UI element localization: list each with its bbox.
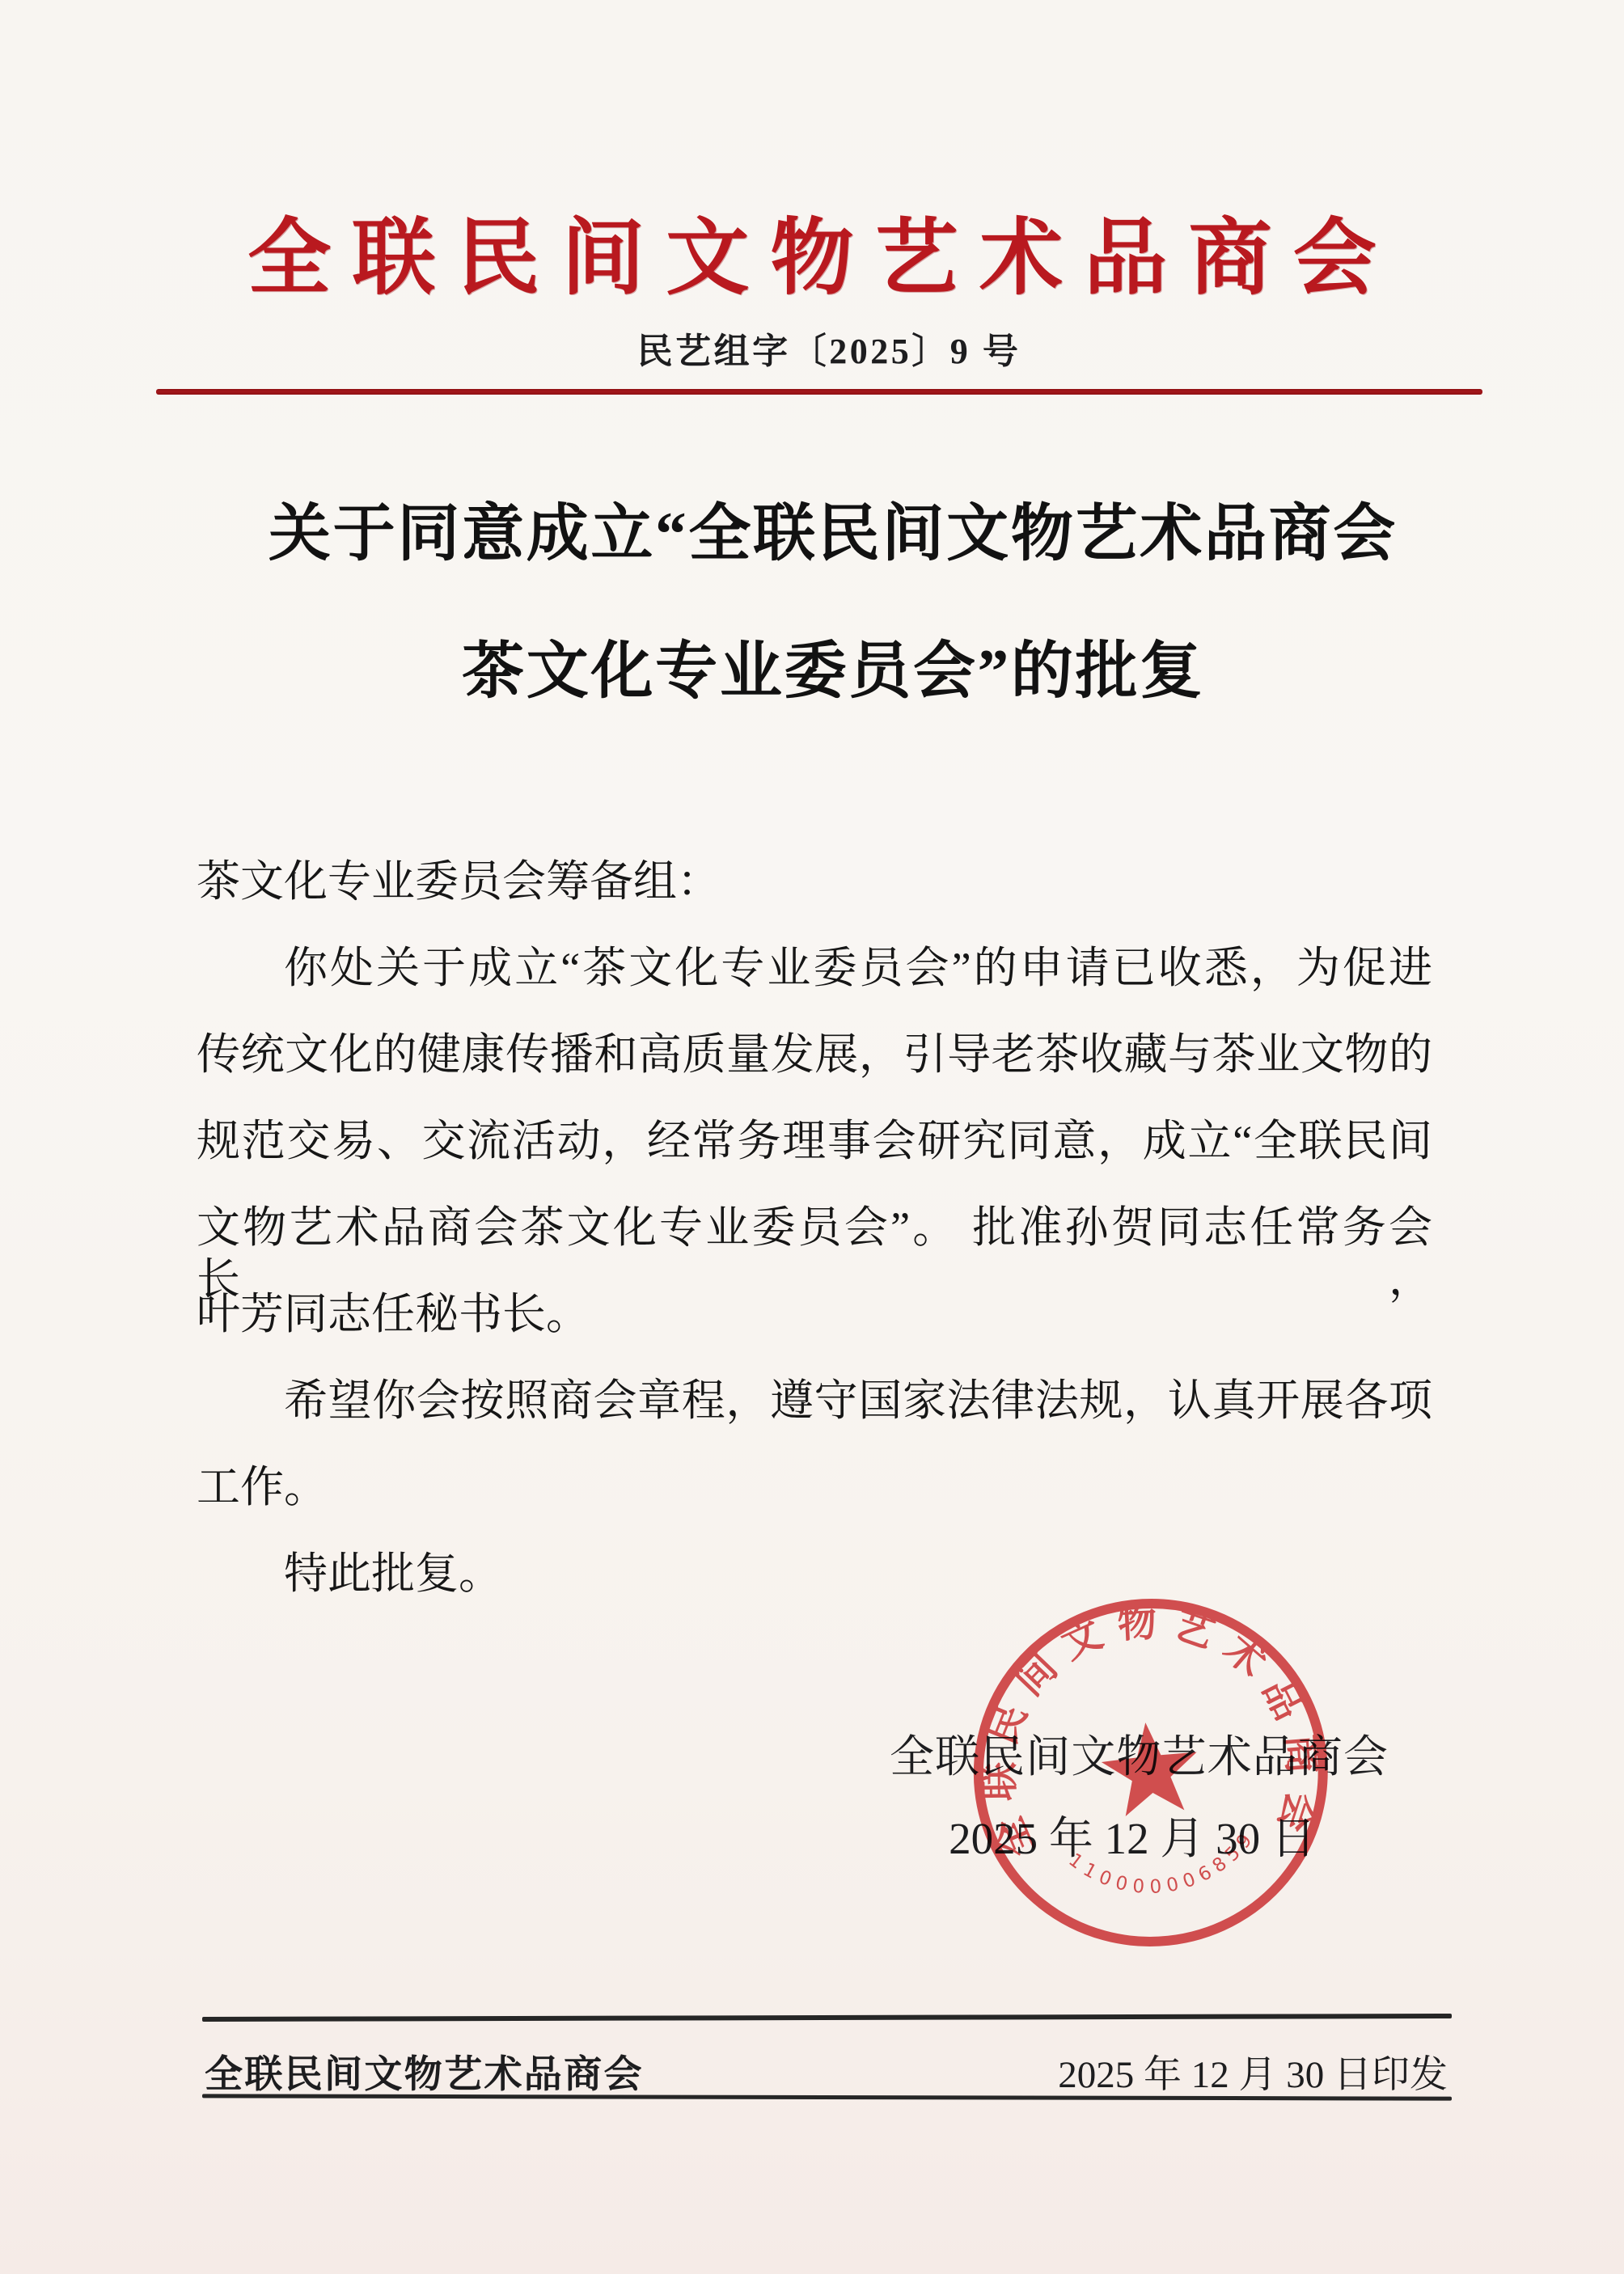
official-red-seal: 全联民间文物艺术品商会 1100000068595 [945,1570,1356,1979]
official-document-page: 全联民间文物艺术品商会 民艺组字〔2025〕9 号 关于同意成立“全联民间文物艺… [0,0,1624,2274]
letterhead-org-name: 全联民间文物艺术品商会 [0,191,1624,311]
body-line: 你处关于成立“茶文化专业委员会”的申请已收悉，为促进 [197,942,1432,994]
document-title-line-2: 茶文化专业委员会”的批复 [0,621,1624,711]
salutation: 茶文化专业委员会筹备组： [197,856,1432,907]
body-line: 规范交易、交流活动，经常务理事会研究同意，成立“全联民间 [197,1115,1432,1167]
body-line: 希望你会按照商会章程，遵守国家法律法规，认真开展各项 [197,1375,1432,1427]
footer-rule-top [202,2014,1452,2022]
body-line: 叶芳同志任秘书长。 [197,1288,1432,1340]
body-line: 工作。 [197,1461,1432,1513]
document-number: 民艺组字〔2025〕9 号 [0,322,1624,374]
document-title-line-1: 关于同意成立“全联民间文物艺术品商会 [0,484,1624,573]
red-divider-rule [156,389,1482,395]
footer-print-date: 2025 年 12 月 30 日印发 [0,2044,1448,2099]
body-line: 传统文化的健康传播和高质量发展，引导老茶收藏与茶业文物的 [197,1029,1432,1080]
seal-star-icon [1097,1718,1203,1818]
